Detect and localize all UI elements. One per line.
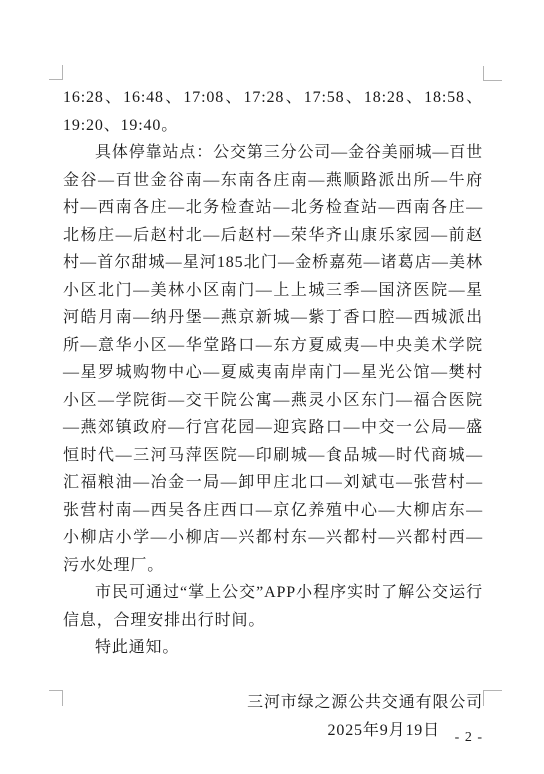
paragraph-departure-times: 16:28、16:48、17:08、17:28、17:58、18:28、18:5… [63, 84, 483, 139]
page-number: - 2 - [455, 730, 483, 746]
paragraph-app-info: 市民可通过“掌上公交”APP小程序实时了解公交运行信息，合理安排出行时间。 [63, 579, 483, 634]
document-body: 16:28、16:48、17:08、17:28、17:58、18:28、18:5… [63, 84, 483, 744]
document-page: 16:28、16:48、17:08、17:28、17:58、18:28、18:5… [0, 0, 544, 774]
paragraph-stop-list: 具体停靠站点：公交第三分公司—金谷美丽城—百世金谷—百世金谷南—东南各庄南—燕顺… [63, 139, 483, 579]
signature-date: 2025年9月19日 [63, 717, 483, 745]
paragraph-closing: 特此通知。 [63, 634, 483, 662]
crop-mark-bottom-left-icon [49, 690, 63, 706]
crop-mark-bottom-right-icon [483, 690, 502, 706]
crop-mark-top-left-icon [49, 65, 63, 80]
signature-company: 三河市绿之源公共交通有限公司 [63, 689, 483, 717]
signature-block: 三河市绿之源公共交通有限公司 2025年9月19日 [63, 689, 483, 744]
crop-mark-top-right-icon [483, 66, 502, 81]
